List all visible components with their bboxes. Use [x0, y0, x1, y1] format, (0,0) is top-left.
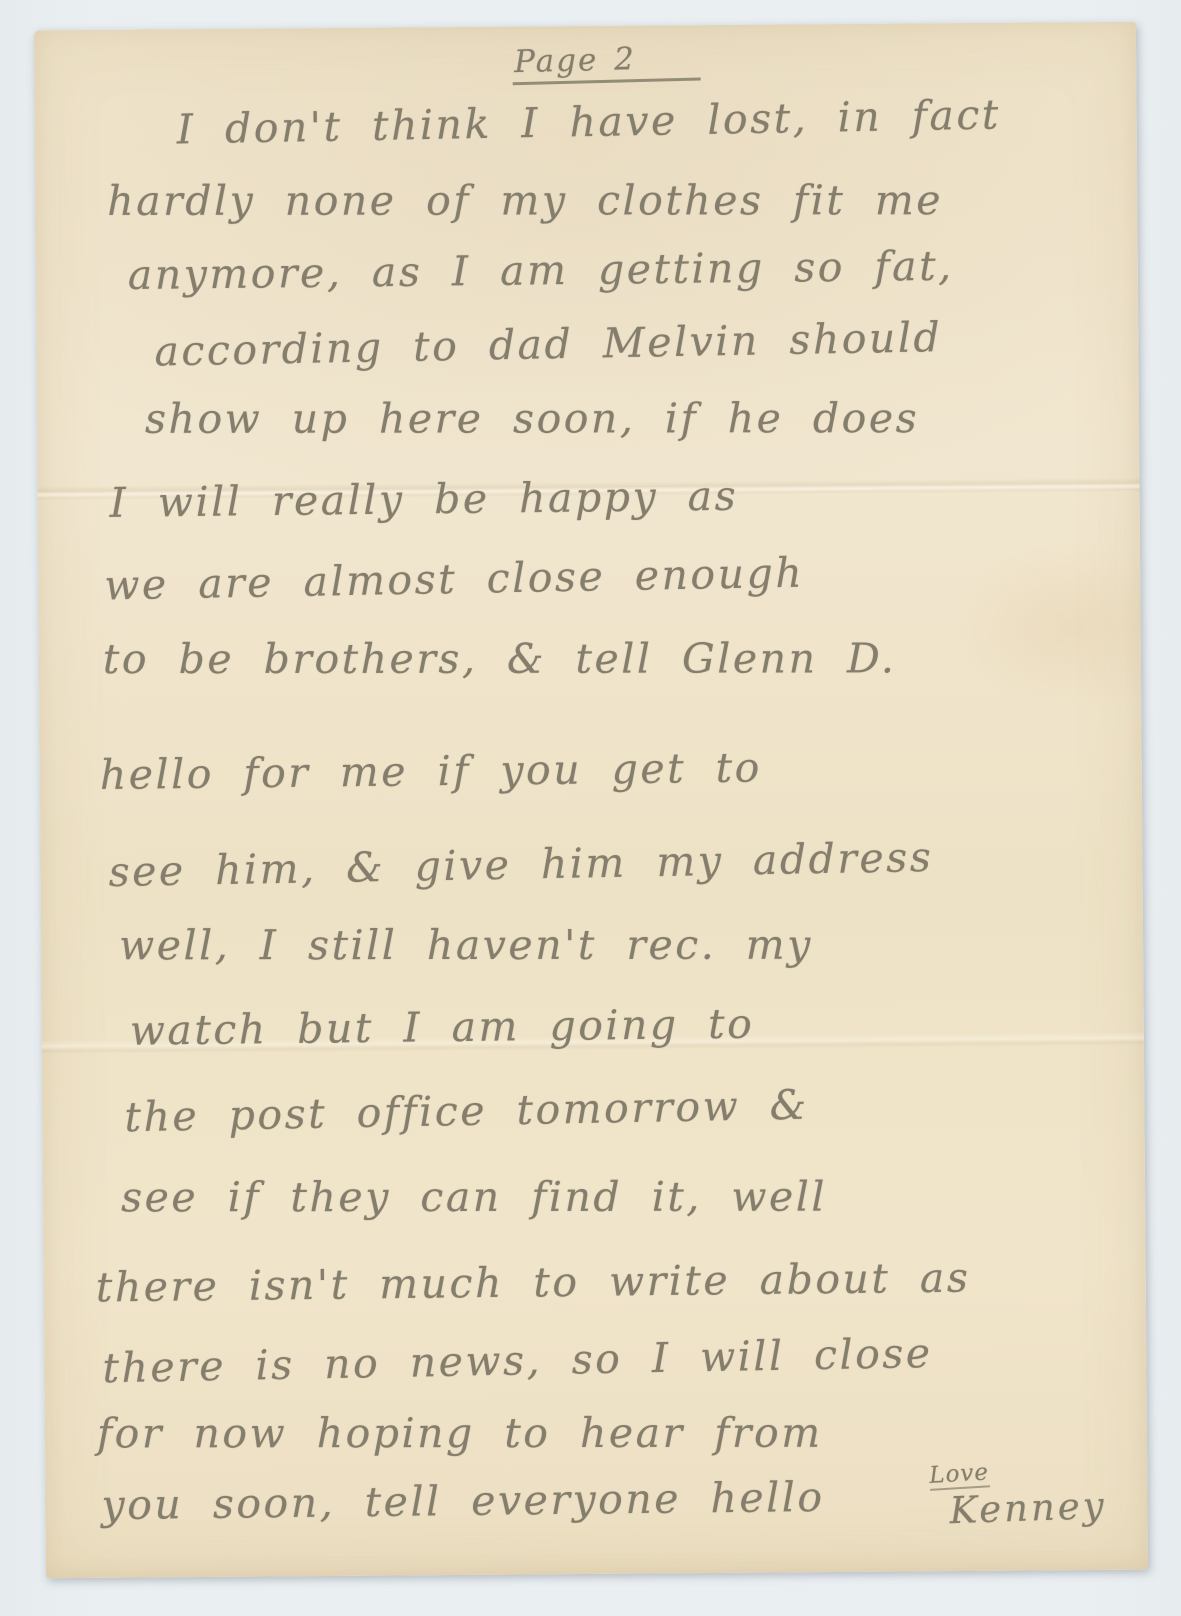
- letter-line: we are almost close enough: [104, 551, 805, 609]
- letter-paper: Page 2 I don't think I have lost, in fac…: [34, 22, 1148, 1579]
- letter-line: according to dad Melvin should: [154, 315, 943, 375]
- page-number-label: Page 2: [512, 39, 701, 85]
- letter-line: hardly none of my clothes fit me: [107, 178, 943, 224]
- letter-line: see if they can find it, well: [121, 1175, 827, 1221]
- signature-name: Kenney: [949, 1484, 1107, 1532]
- letter-line: I will really be happy as: [109, 474, 738, 526]
- letter-line: you soon, tell everyone hello: [101, 1475, 825, 1528]
- letter-line: there isn't much to write about as: [96, 1256, 971, 1311]
- signature-closing: Love: [929, 1459, 990, 1491]
- letter-line: the post office tomorrow &: [124, 1083, 809, 1141]
- letter-line: well, I still haven't rec. my: [119, 923, 813, 969]
- letter-line: see him, & give him my address: [108, 835, 933, 895]
- letter-line: I don't think I have lost, in fact: [176, 92, 1001, 152]
- letter-line: anymore, as I am getting so fat,: [128, 244, 954, 298]
- letter-line: to be brothers, & tell Glenn D.: [103, 636, 897, 682]
- letter-line: there is no news, so I will close: [102, 1331, 933, 1391]
- letter-line: hello for me if you get to: [100, 746, 763, 799]
- letter-line: show up here soon, if he does: [145, 396, 919, 442]
- letter-line: for now hoping to hear from: [97, 1411, 823, 1457]
- scan-background: Page 2 I don't think I have lost, in fac…: [0, 0, 1181, 1616]
- letter-line: watch but I am going to: [130, 1002, 755, 1054]
